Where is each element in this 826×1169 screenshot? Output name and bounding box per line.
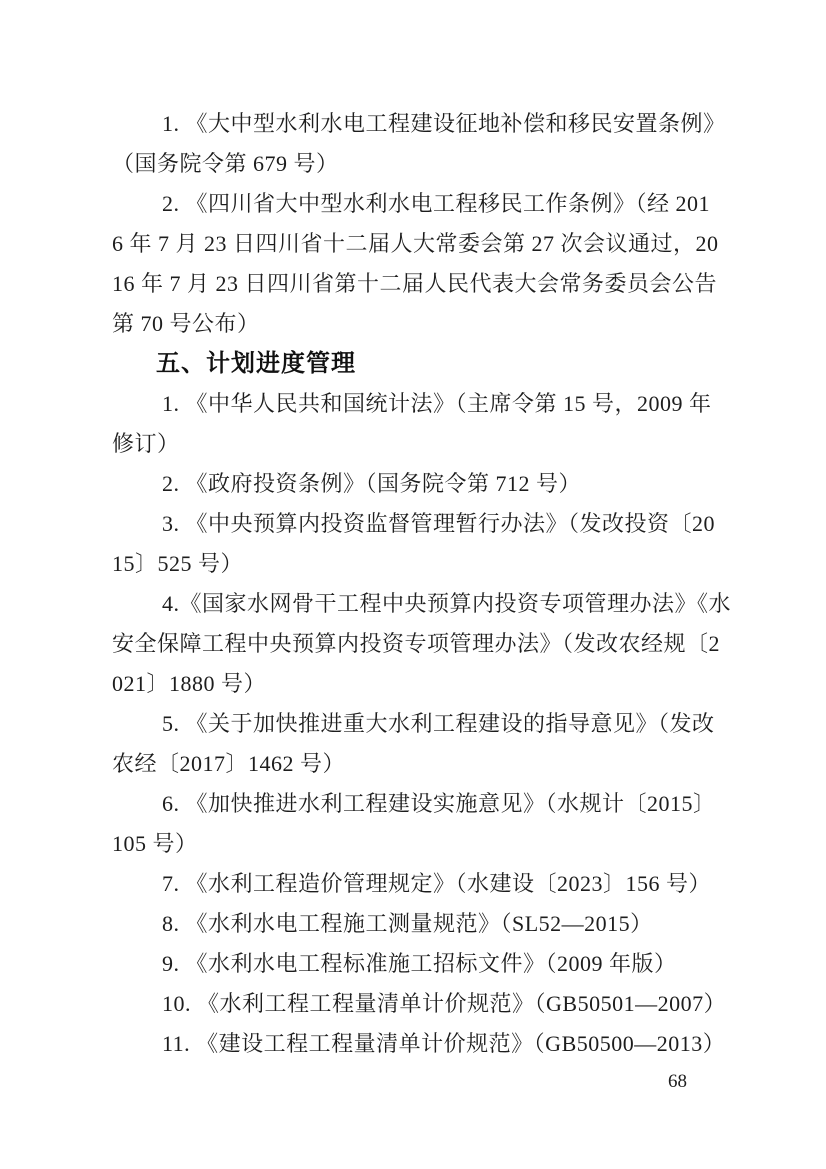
document-line: 6. 《加快推进水利工程建设实施意见》（水规计〔2015〕 bbox=[112, 784, 728, 824]
document-line: 4.《国家水网骨干工程中央预算内投资专项管理办法》《水 bbox=[112, 584, 728, 624]
document-line: 3. 《中央预算内投资监督管理暂行办法》（发改投资〔20 bbox=[112, 504, 728, 544]
document-line: 021〕1880 号） bbox=[112, 664, 728, 704]
document-text-block: 1. 《大中型水利水电工程建设征地补偿和移民安置条例》（国务院令第 679 号）… bbox=[112, 104, 728, 1064]
document-line: （国务院令第 679 号） bbox=[112, 144, 728, 184]
document-line: 7. 《水利工程造价管理规定》（水建设〔2023〕156 号） bbox=[112, 864, 728, 904]
document-line: 16 年 7 月 23 日四川省第十二届人民代表大会常务委员会公告 bbox=[112, 264, 728, 304]
document-line: 6 年 7 月 23 日四川省十二届人大常委会第 27 次会议通过，20 bbox=[112, 224, 728, 264]
document-line: 农经〔2017〕1462 号） bbox=[112, 744, 728, 784]
document-line: 2. 《政府投资条例》（国务院令第 712 号） bbox=[112, 464, 728, 504]
document-line: 9. 《水利水电工程标准施工招标文件》（2009 年版） bbox=[112, 944, 728, 984]
document-line: 第 70 号公布） bbox=[112, 304, 728, 344]
document-line: 2. 《四川省大中型水利水电工程移民工作条例》（经 201 bbox=[112, 184, 728, 224]
document-line: 5. 《关于加快推进重大水利工程建设的指导意见》（发改 bbox=[112, 704, 728, 744]
document-line: 修订） bbox=[112, 424, 728, 464]
document-page: 1. 《大中型水利水电工程建设征地补偿和移民安置条例》（国务院令第 679 号）… bbox=[0, 0, 826, 1169]
document-line: 安全保障工程中央预算内投资专项管理办法》（发改农经规〔2 bbox=[112, 624, 728, 664]
document-line: 10. 《水利工程工程量清单计价规范》（GB50501—2007） bbox=[112, 984, 728, 1024]
document-line: 1. 《中华人民共和国统计法》（主席令第 15 号，2009 年 bbox=[112, 384, 728, 424]
document-line: 11. 《建设工程工程量清单计价规范》（GB50500—2013） bbox=[112, 1024, 728, 1064]
page-number: 68 bbox=[668, 1071, 687, 1092]
document-line: 8. 《水利水电工程施工测量规范》（SL52—2015） bbox=[112, 904, 728, 944]
document-line: 1. 《大中型水利水电工程建设征地补偿和移民安置条例》 bbox=[112, 104, 728, 144]
page-footer: 68 bbox=[112, 1068, 687, 1096]
section-heading: 五、计划进度管理 bbox=[112, 344, 728, 384]
document-line: 15〕525 号） bbox=[112, 544, 728, 584]
document-line: 105 号） bbox=[112, 824, 728, 864]
